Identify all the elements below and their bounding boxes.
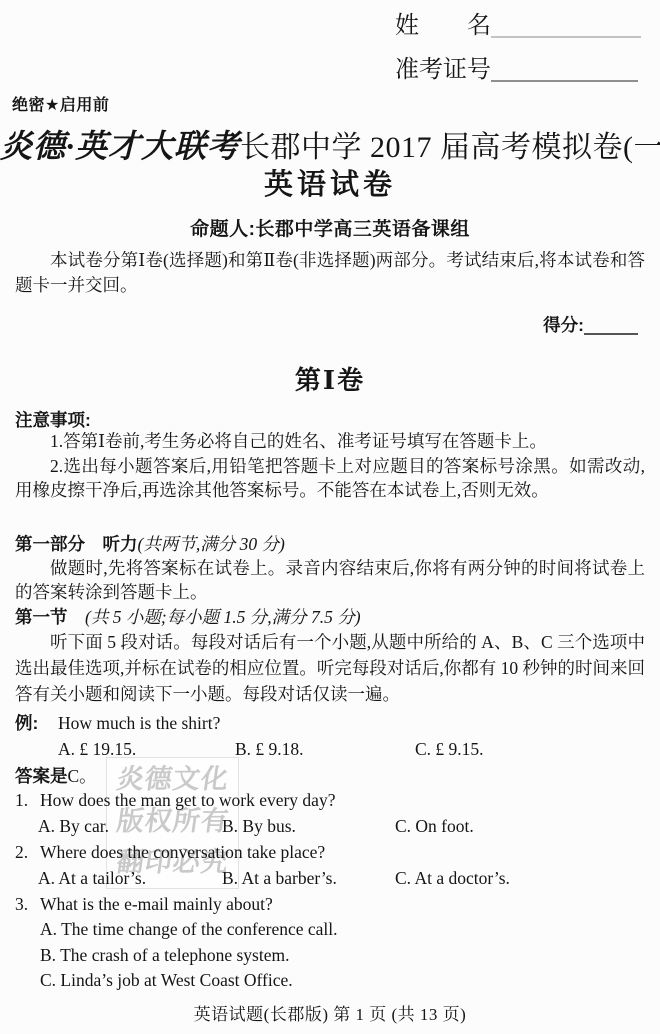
subsection-title: 第一节: [15, 607, 68, 627]
name-blank-line: [491, 34, 641, 38]
setter-line: 命题人:长郡中学高三英语备课组: [0, 214, 660, 241]
score-blank-line: [584, 331, 638, 335]
options-row: A. By car. B. By bus. C. On foot.: [15, 815, 660, 837]
options-row: A. At a tailor’s. B. At a barber’s. C. A…: [15, 867, 660, 889]
note-2: 2.选出每小题答案后,用铅笔把答题卡上对应题目的答案标号涂黑。如需改动,用橡皮擦…: [15, 454, 645, 502]
option-c: C. Linda’s job at West Coast Office.: [40, 969, 640, 991]
subsection-meta: (共 5 小题;每小题 1.5 分,满分 7.5 分): [85, 607, 361, 627]
section-title: 第一部分 听力: [15, 534, 138, 554]
option-a: A. By car.: [38, 815, 222, 837]
ticket-label: 准考证号: [395, 58, 491, 83]
question-number: 2.: [15, 841, 40, 863]
question-row: 1. How does the man get to work every da…: [15, 789, 645, 811]
option-b: B. £ 9.18.: [235, 738, 415, 760]
option-c: C. On foot.: [395, 815, 474, 837]
example-options-row: A. £ 19.15. B. £ 9.18. C. £ 9.15.: [15, 738, 660, 760]
score-row: 得分:: [543, 312, 638, 337]
option-b: B. At a barber’s.: [222, 867, 395, 889]
question-text: What is the e-mail mainly about?: [40, 893, 273, 915]
exam-paper-page: 炎德文化 版权所有 翻印必究 姓 名 准考证号 绝密★启用前 炎德·英才大联考长…: [0, 0, 660, 1034]
note-1: 1.答第Ⅰ卷前,考生务必将自己的姓名、准考证号填写在答题卡上。: [15, 429, 645, 453]
subsection-intro: 听下面 5 段对话。每段对话后有一个小题,从题中所给的 A、B、C 三个选项中选…: [15, 629, 645, 707]
paper-title: 英语试卷: [0, 162, 660, 203]
name-label: 姓 名: [395, 14, 491, 39]
question-text: Where does the conversation take place?: [40, 841, 325, 863]
volume-title: 第Ⅰ卷: [0, 360, 660, 397]
score-label: 得分:: [543, 312, 584, 337]
exam-title-brand: 炎德·英才大联考: [0, 128, 240, 164]
example-question-text: How much is the shirt?: [58, 712, 220, 734]
section-heading: 第一部分 听力(共两节,满分 30 分): [15, 531, 645, 556]
question-number: 3.: [15, 893, 40, 915]
option-c: C. £ 9.15.: [415, 738, 484, 760]
exam-title: 炎德·英才大联考长郡中学 2017 届高考模拟卷(一): [0, 121, 660, 167]
option-a: A. £ 19.15.: [58, 738, 235, 760]
ticket-blank-line: [491, 78, 638, 82]
answer-label: 答案是: [15, 763, 68, 788]
example-answer-row: 答案是 C。: [15, 763, 97, 788]
option-a: A. At a tailor’s.: [38, 867, 222, 889]
example-question-row: 例: How much is the shirt?: [15, 712, 645, 734]
section-intro: 做题时,先将答案标在试卷上。录音内容结束后,你将有两分钟的时间将试卷上的答案转涂…: [15, 556, 645, 604]
intro-paragraph: 本试卷分第Ⅰ卷(选择题)和第Ⅱ卷(非选择题)两部分。考试结束后,将本试卷和答题卡…: [15, 248, 645, 298]
question-number: 1.: [15, 789, 40, 811]
answer-value: C。: [68, 763, 97, 788]
ticket-field-row: 准考证号: [395, 58, 638, 83]
page-footer: 英语试题(长郡版) 第 1 页 (共 13 页): [0, 1000, 660, 1025]
question-row: 2. Where does the conversation take plac…: [15, 841, 645, 863]
exam-title-rest: 长郡中学 2017 届高考模拟卷(一): [240, 131, 660, 164]
option-b: B. The crash of a telephone system.: [40, 944, 640, 966]
question-row: 3. What is the e-mail mainly about?: [15, 893, 645, 915]
name-field-row: 姓 名: [395, 14, 641, 39]
question-text: How does the man get to work every day?: [40, 789, 335, 811]
example-label: 例:: [15, 712, 58, 734]
option-a: A. The time change of the conference cal…: [40, 918, 640, 940]
secrecy-notice: 绝密★启用前: [12, 92, 109, 115]
option-b: B. By bus.: [222, 815, 395, 837]
subsection-heading: 第一节 (共 5 小题;每小题 1.5 分,满分 7.5 分): [15, 604, 645, 629]
section-meta: (共两节,满分 30 分): [138, 534, 285, 554]
option-c: C. At a doctor’s.: [395, 867, 510, 889]
